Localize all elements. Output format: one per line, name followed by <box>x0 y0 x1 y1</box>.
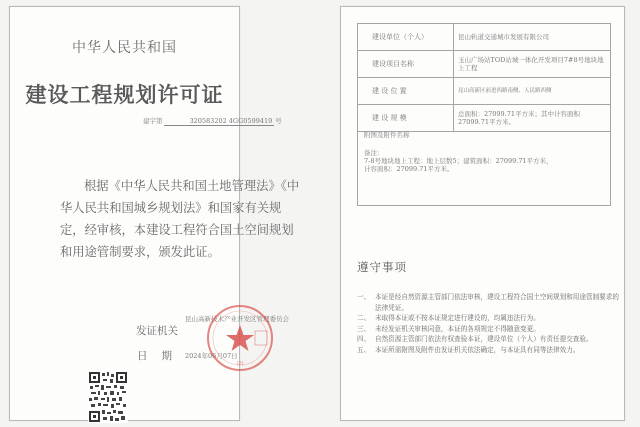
item-text: 未取得本证或不按本证规定进行建设的，均属违法行为。 <box>375 313 619 324</box>
svg-text:(2): (2) <box>236 361 243 367</box>
attachments-title: 附图及附件名称 <box>364 131 604 139</box>
table-row: 建 设 位 置 昆山高新区前进西路南侧、人民路西侧 <box>358 78 611 105</box>
item-number: 二、 <box>357 313 375 324</box>
row-label: 建设单位（个人） <box>358 24 454 51</box>
item-number: 一、 <box>357 292 375 313</box>
remarks-line: 7-8号地块地上工程：地上层数5；建筑面积：27099.71平方米， <box>364 157 604 165</box>
row-value: 玉山广场站TOD站城一体化开发项目7#8号地块地上工程 <box>454 51 611 78</box>
qr-code-icon <box>88 371 128 423</box>
row-label: 建设项目名称 <box>358 51 454 78</box>
item-text: 自然资源主管部门依法有权查验本证，建设单位（个人）有责任提交查验。 <box>375 334 619 345</box>
list-item: 一、 本证是经自然资源主管部门依法审核，建设工程符合国土空间规划和用途管制要求的… <box>357 292 619 313</box>
item-text: 未经发证机关审核同意，本证的各项规定不得随意变更。 <box>375 324 619 335</box>
table-row: 建设单位（个人） 昆山轨道交通城市发展有限公司 <box>358 24 611 51</box>
permit-number: 建字第320583202 4GG0599419号 <box>143 116 282 126</box>
row-label: 建 设 位 置 <box>358 78 454 105</box>
observe-title: 遵守事项 <box>357 259 407 275</box>
remarks-label: 备注： <box>364 149 604 157</box>
item-text: 本证是经自然资源主管部门依法审核，建设工程符合国土空间规划和用途管制要求的法律凭… <box>375 292 619 313</box>
item-text: 本证所需附图及附件由发证机关依法确定，与本证具有同等法律效力。 <box>375 345 619 356</box>
observe-list: 一、 本证是经自然资源主管部门依法审核，建设工程符合国土空间规划和用途管制要求的… <box>357 292 619 355</box>
table-row: 建设项目名称 玉山广场站TOD站城一体化开发项目7#8号地块地上工程 <box>358 51 611 78</box>
permit-number-prefix: 建字第 <box>143 117 163 125</box>
item-number: 四、 <box>357 334 375 345</box>
permit-body-content: 根据《中华人民共和国土地管理法》《中华人民共和国城乡规划法》和国家有关规定，经审… <box>60 179 299 259</box>
list-item: 四、 自然资源主管部门依法有权查验本证，建设单位（个人）有责任提交查验。 <box>357 334 619 345</box>
list-item: 三、 未经发证机关审核同意，本证的各项规定不得随意变更。 <box>357 324 619 335</box>
item-number: 三、 <box>357 324 375 335</box>
permit-title: 建设工程规划许可证 <box>10 79 239 109</box>
permit-front-page: 中华人民共和国 建设工程规划许可证 建字第320583202 4GG059941… <box>9 6 240 421</box>
date-label: 日期 <box>137 348 186 363</box>
issuer-label: 发证机关 <box>136 323 178 338</box>
remarks-line: 计容面积：27099.71平方米。 <box>364 165 604 173</box>
row-value: 昆山高新区前进西路南侧、人民路西侧 <box>454 78 611 105</box>
permit-number-value: 320583202 4GG0599419 <box>164 117 275 126</box>
country-name: 中华人民共和国 <box>10 37 239 57</box>
list-item: 五、 本证所需附图及附件由发证机关依法确定，与本证具有同等法律效力。 <box>357 345 619 356</box>
item-number: 五、 <box>357 345 375 356</box>
list-item: 二、 未取得本证或不按本证规定进行建设的，均属违法行为。 <box>357 313 619 324</box>
permit-details-page: 建设单位（个人） 昆山轨道交通城市发展有限公司 建设项目名称 玉山广场站TOD站… <box>340 6 625 421</box>
attachments-section: 附图及附件名称 备注： 7-8号地块地上工程：地上层数5；建筑面积：27099.… <box>357 126 611 206</box>
row-value: 昆山轨道交通城市发展有限公司 <box>454 24 611 51</box>
permit-body-text: 根据《中华人民共和国土地管理法》《中华人民共和国城乡规划法》和国家有关规定，经审… <box>60 175 300 263</box>
official-seal-icon: (2) <box>205 303 275 373</box>
project-info-table: 建设单位（个人） 昆山轨道交通城市发展有限公司 建设项目名称 玉山广场站TOD站… <box>357 23 611 132</box>
permit-number-suffix: 号 <box>275 117 282 125</box>
